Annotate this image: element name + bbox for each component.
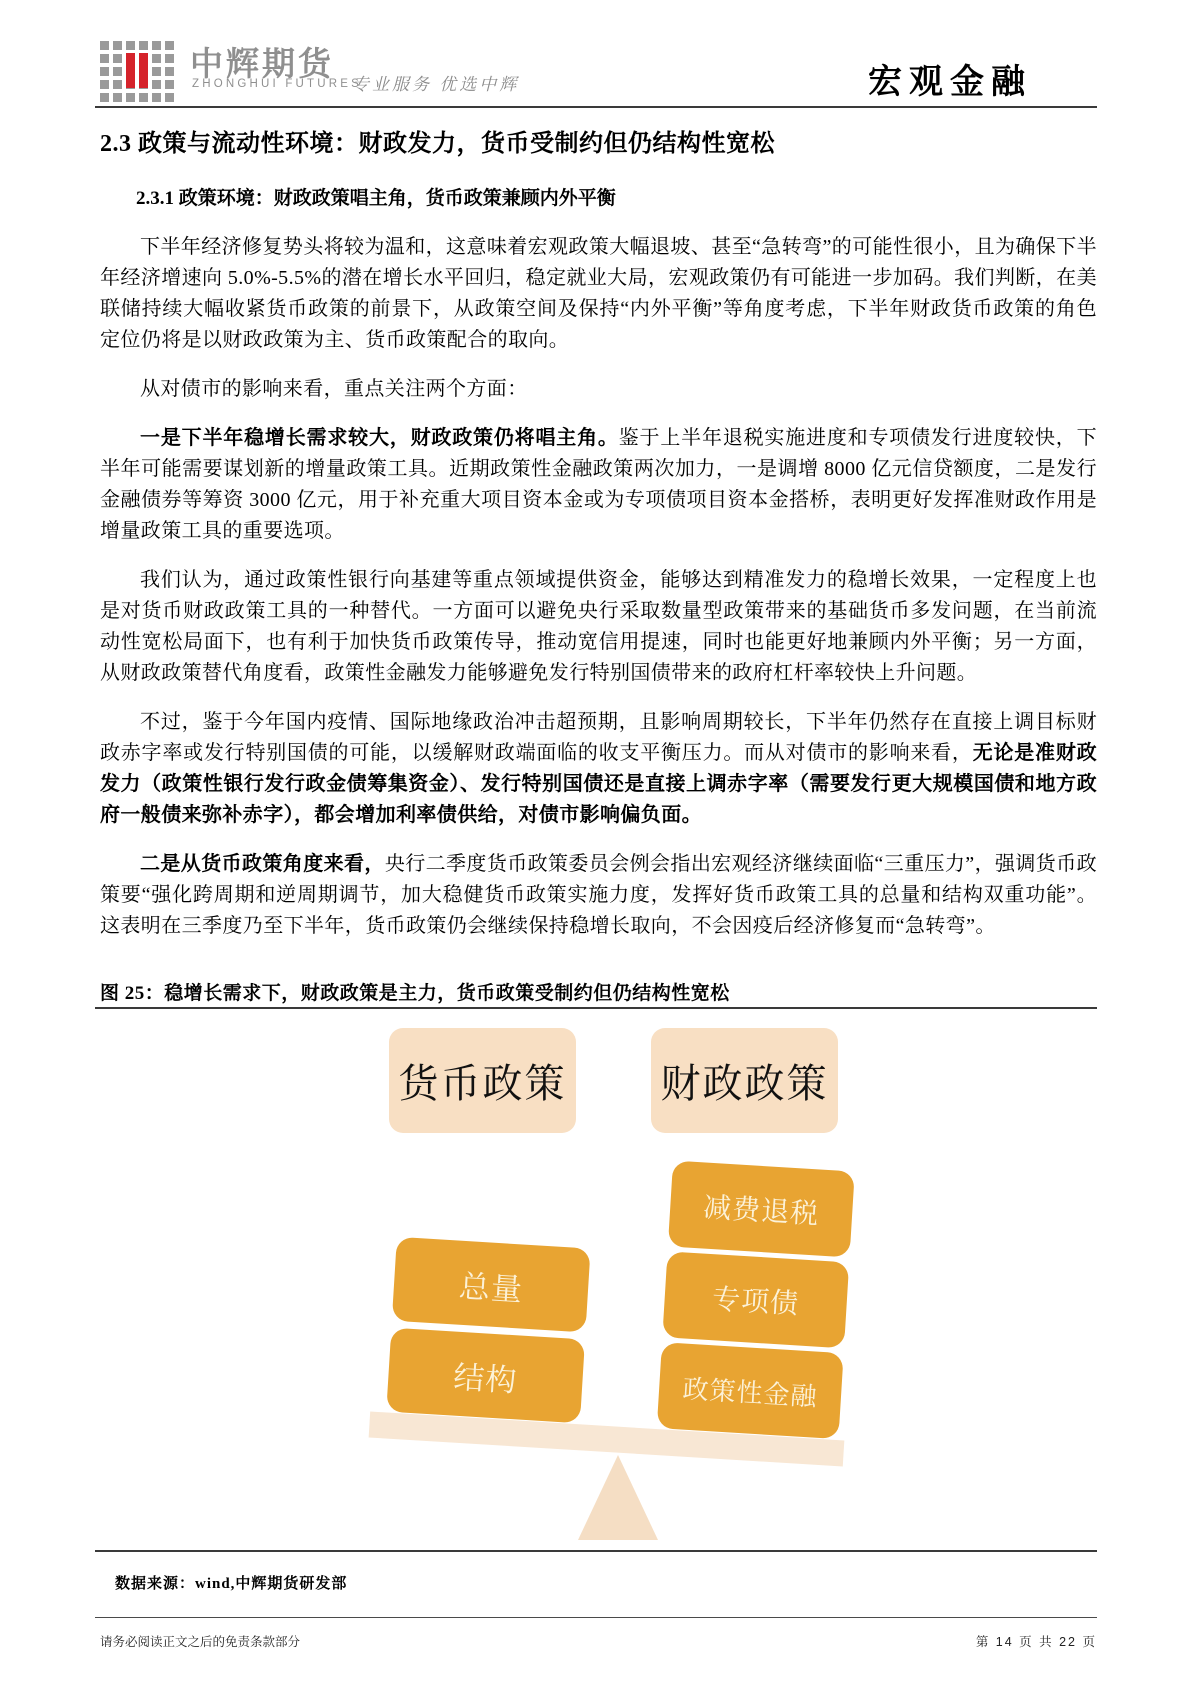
footer-page-number: 第 14 页 共 22 页: [976, 1632, 1097, 1650]
paragraph-6-lead: 二是从货币政策角度来看，: [140, 853, 385, 875]
report-page: 中辉期货 ZHONGHUI FUTURES 专业服务 优选中辉 宏观金融 2.3…: [0, 0, 1190, 1683]
paragraph-6: 二是从货币政策角度来看，央行二季度货币政策委员会例会指出宏观经济继续面临“三重压…: [100, 849, 1097, 942]
figure-caption-rule: [95, 1007, 1097, 1009]
item-box-jianfeituishui: 减费退税: [668, 1161, 855, 1258]
section-subtitle: 2.3.1 政策环境：财政政策唱主角，货币政策兼顾内外平衡: [136, 186, 1097, 212]
paragraph-5-text: 不过，鉴于今年国内疫情、国际地缘政治冲击超预期，且影响周期较长，下半年仍然存在直…: [100, 711, 1097, 764]
paragraph-4: 我们认为，通过政策性银行向基建等重点领域提供资金，能够达到精准发力的稳增长效果，…: [100, 565, 1097, 689]
item-box-zongliang: 总量: [392, 1237, 591, 1333]
item-label: 结构: [452, 1351, 519, 1400]
item-label: 政策性金融: [682, 1368, 819, 1413]
item-box-zhuanxiangzhai: 专项债: [662, 1251, 849, 1348]
item-label: 专项债: [711, 1277, 800, 1322]
item-box-zhengcexingjinrong: 政策性金融: [657, 1342, 844, 1439]
body-text-column: 2.3 政策与流动性环境：财政发力，货币受制约但仍结构性宽松 2.3.1 政策环…: [100, 128, 1097, 960]
fiscal-items-column: 减费退税 专项债 政策性金融: [657, 1161, 855, 1440]
paragraph-5: 不过，鉴于今年国内疫情、国际地缘政治冲击超预期，且影响周期较长，下半年仍然存在直…: [100, 707, 1097, 831]
header-rule: [95, 106, 1097, 108]
paragraph-3: 一是下半年稳增长需求较大，财政政策仍将唱主角。鉴于上半年退税实施进度和专项债发行…: [100, 423, 1097, 547]
paragraph-3-lead: 一是下半年稳增长需求较大，财政政策仍将唱主角。: [140, 427, 619, 449]
fulcrum-triangle: [578, 1455, 658, 1540]
company-tagline: 专业服务 优选中辉: [352, 70, 519, 95]
item-label: 减费退税: [702, 1185, 820, 1232]
figure-caption: 图 25：稳增长需求下，财政政策是主力，货币政策受制约但仍结构性宽松: [100, 978, 1097, 1005]
footer-disclaimer: 请务必阅读正文之后的免责条款部分: [100, 1632, 300, 1650]
footer-rule: [95, 1617, 1097, 1618]
logo-red-bar: [139, 53, 148, 88]
company-logo-icon: [100, 40, 176, 102]
fiscal-policy-header-box: 财政政策: [651, 1028, 838, 1133]
monetary-items-column: 总量 结构: [386, 1237, 590, 1424]
page-title: 2.3 政策与流动性环境：财政发力，货币受制约但仍结构性宽松: [100, 128, 1097, 160]
monetary-policy-header-box: 货币政策: [389, 1028, 576, 1133]
figure-bottom-rule: [95, 1550, 1097, 1552]
seesaw-group: 总量 结构 减费退税 专项债 政策性金融: [369, 1142, 861, 1466]
paragraph-2-text: 从对债市的影响来看，重点关注两个方面：: [140, 378, 528, 400]
item-label: 总量: [458, 1260, 525, 1309]
paragraph-4-text: 我们认为，通过政策性银行向基建等重点领域提供资金，能够达到精准发力的稳增长效果，…: [100, 569, 1097, 684]
data-source-note: 数据来源：wind,中辉期货研发部: [115, 1572, 347, 1593]
logo-red-bar: [126, 53, 135, 88]
fiscal-policy-label: 财政政策: [661, 1052, 829, 1109]
company-name-en: ZHONGHUI FUTURES: [192, 78, 362, 90]
paragraph-1: 下半年经济修复势头将较为温和，这意味着宏观政策大幅退坡、甚至“急转弯”的可能性很…: [100, 232, 1097, 356]
paragraph-1-text: 下半年经济修复势头将较为温和，这意味着宏观政策大幅退坡、甚至“急转弯”的可能性很…: [100, 236, 1097, 351]
item-box-jiegou: 结构: [386, 1328, 585, 1424]
paragraph-2: 从对债市的影响来看，重点关注两个方面：: [100, 374, 1097, 405]
monetary-policy-label: 货币政策: [399, 1052, 567, 1109]
report-section-label: 宏观金融: [868, 54, 1032, 103]
